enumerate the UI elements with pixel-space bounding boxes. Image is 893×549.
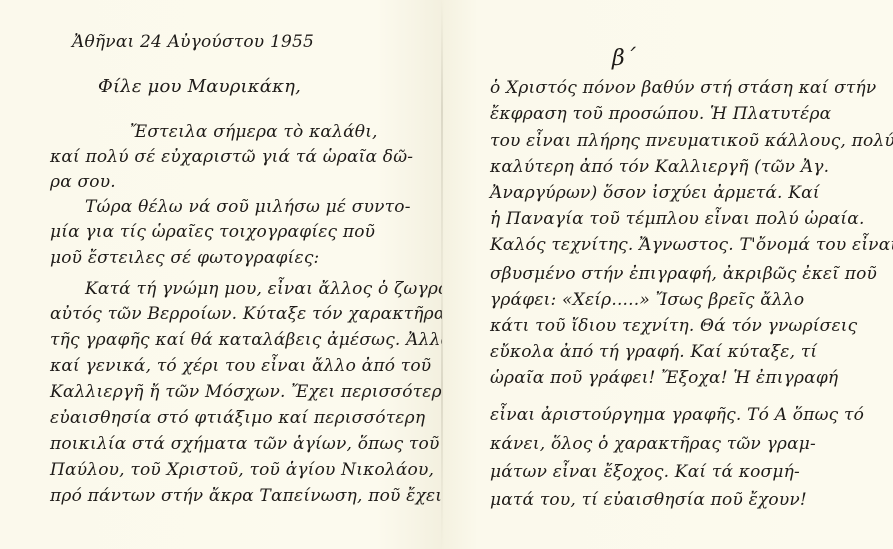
letter-line: Παύλου, τοῦ Χριστοῦ, τοῦ ἁγίου Νικολάου, — [50, 460, 434, 480]
letter-line: τῆς γραφῆς καί θά καταλάβεις ἀμέσως. Ἀλλ… — [50, 330, 458, 350]
left-page: Ἀθῆναι 24 Αὐγούστου 1955 Φίλε μου Μαυρικ… — [0, 0, 442, 549]
letter-line: σβυσμένο στήν ἐπιγραφή, ἀκριβῶς ἐκεῖ ποῦ — [490, 264, 877, 284]
letter-line: κάνει, ὅλος ὁ χαρακτῆρας τῶν γραμ- — [490, 434, 816, 454]
letter-line: εὐαισθησία στό φτιάξιμο καί περισσότερη — [50, 408, 425, 428]
letter-line: Κατά τή γνώμη μου, εἶναι ἄλλος ὁ ζωγράφο… — [85, 279, 482, 299]
letter-line: καί πολύ σέ εὐχαριστῶ γιά τά ὡραῖα δῶ- — [50, 147, 413, 167]
letter-line: γράφει: «Χείρ.....» Ἴσως βρεῖς ἄλλο — [490, 290, 804, 310]
letter-line: μία για τίς ὡραῖες τοιχογραφίες ποῦ — [50, 222, 375, 242]
letter-line: ποικιλία στά σχήματα τῶν ἁγίων, ὅπως τοῦ — [50, 434, 440, 454]
salutation: Φίλε μου Μαυρικάκη, — [98, 77, 301, 97]
letter-line: ὁ Χριστός πόνον βαθύν στή στάση καί στήν — [490, 78, 876, 98]
letter-line: μοῦ ἔστειλες σέ φωτογραφίες: — [50, 248, 319, 268]
letter-line: εὔκολα ἀπό τή γραφή. Καί κύταξε, τί — [490, 342, 817, 362]
letter-line: Ἔστειλα σήμερα τὸ καλάθι, — [130, 122, 378, 142]
letter-line: καί γενικά, τό χέρι του εἶναι ἄλλο ἀπό τ… — [50, 356, 431, 376]
page-gutter — [441, 0, 443, 549]
date-line: Ἀθῆναι 24 Αὐγούστου 1955 — [72, 32, 314, 52]
letter-line: ἡ Παναγία τοῦ τέμπλου εἶναι πολύ ὡραία. — [490, 209, 865, 229]
letter-line: κάτι τοῦ ἴδιου τεχνίτη. Θά τόν γνωρίσεις — [490, 316, 857, 336]
letter-line: Καλός τεχνίτης. Ἄγνωστος. Τ'ὄνομά του εἶ… — [490, 235, 893, 255]
letter-line: του εἶναι πλήρης πνευματικοῦ κάλλους, πο… — [490, 131, 893, 151]
right-page: β΄ ὁ Χριστός πόνον βαθύν στή στάση καί σ… — [442, 0, 893, 549]
letter-line: Ἀναργύρων) ὅσον ἰσχύει ἀρμετά. Καί — [490, 183, 820, 203]
letter-line: καλύτερη ἀπό τόν Καλλιεργῆ (τῶν Ἀγ. — [490, 157, 829, 177]
letter-line: ἔκφραση τοῦ προσώπου. Ἡ Πλατυτέρα — [490, 104, 831, 124]
letter-line: ρα σου. — [50, 172, 116, 192]
letter-line: πρό πάντων στήν ἄκρα Ταπείνωση, ποῦ ἔχει — [50, 486, 442, 506]
letter-line: ὡραῖα ποῦ γράφει! Ἔξοχα! Ἡ ἐπιγραφή — [490, 368, 838, 388]
letter-line: αὐτός τῶν Βερροίων. Κύταξε τόν χαρακτῆρα — [50, 304, 446, 324]
letter-line: ματά του, τί εὐαισθησία ποῦ ἔχουν! — [490, 490, 807, 510]
letter-spread: Ἀθῆναι 24 Αὐγούστου 1955 Φίλε μου Μαυρικ… — [0, 0, 893, 549]
letter-line: Τώρα θέλω νά σοῦ μιλήσω μέ συντο- — [85, 197, 411, 217]
page-number-marker: β΄ — [612, 46, 636, 71]
letter-line: εἶναι ἀριστούργημα γραφῆς. Τό Α ὅπως τό — [490, 405, 864, 425]
letter-line: μάτων εἶναι ἔξοχος. Καί τά κοσμή- — [490, 462, 800, 482]
letter-line: Καλλιεργῆ ἤ τῶν Μόσχων. Ἔχει περισσότερη — [50, 382, 452, 402]
